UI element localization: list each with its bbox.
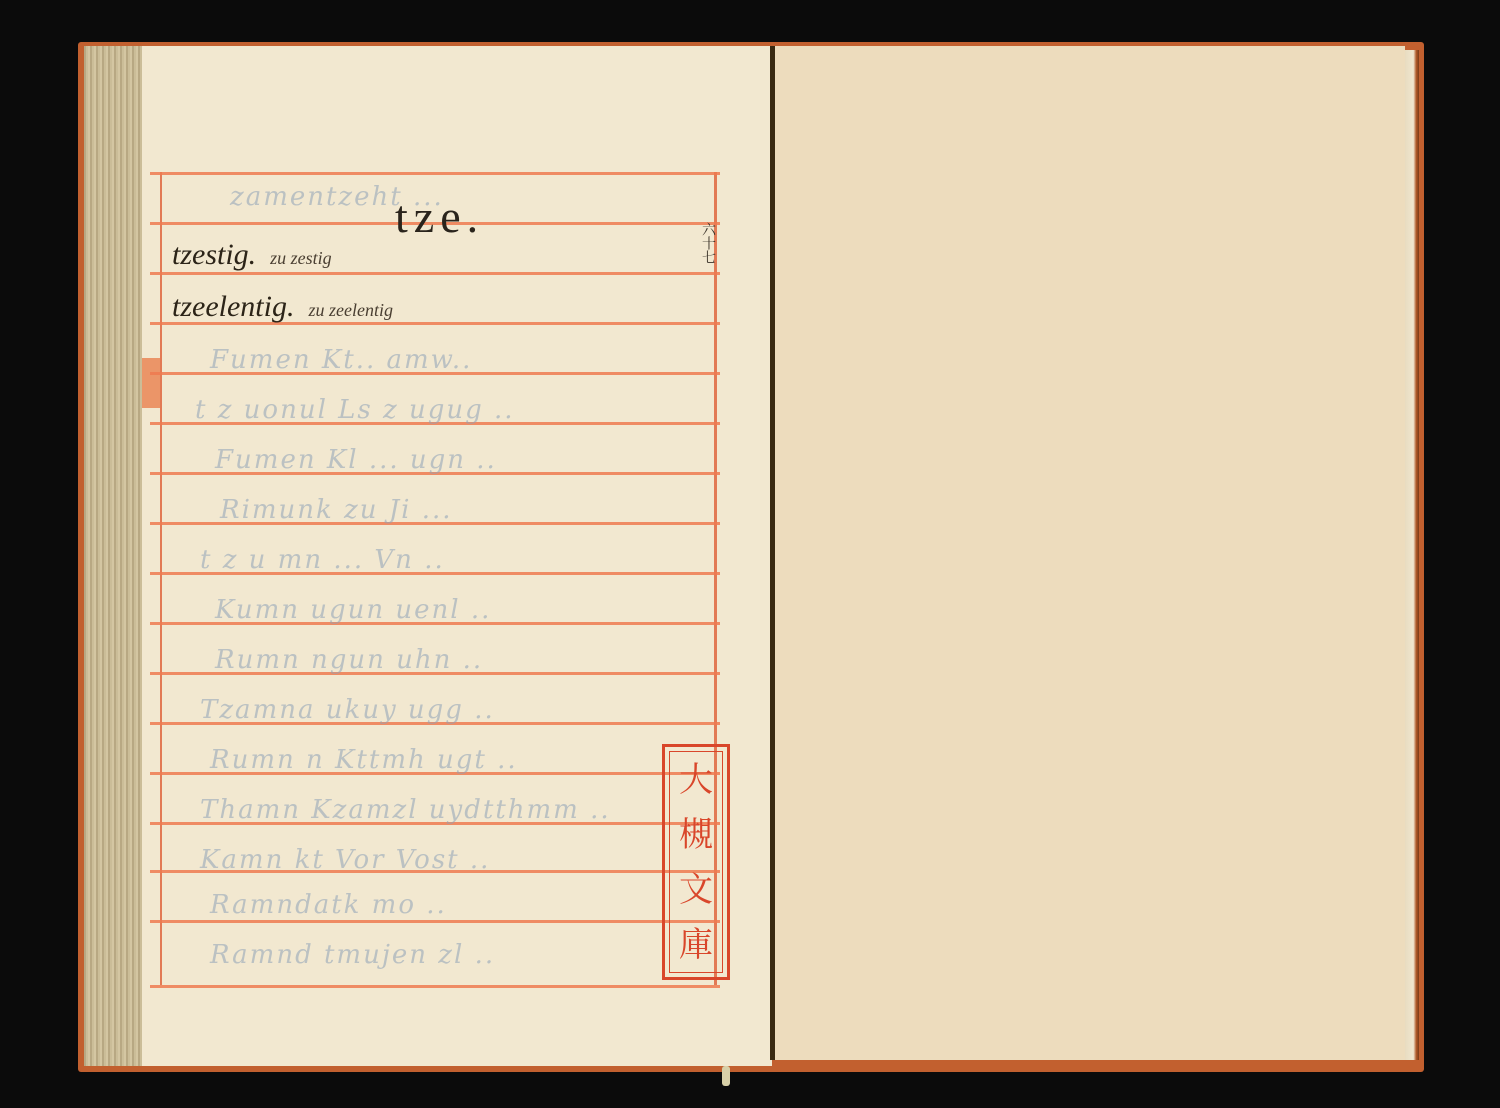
entry-gloss: zu zestig bbox=[270, 248, 332, 268]
seal-character: 庫 bbox=[679, 928, 713, 962]
bleed-through-text: Kamn kt Vor Vost .. bbox=[200, 845, 490, 875]
entry-gloss: zu zeelentig bbox=[308, 300, 392, 320]
bleed-through-text: Ramndatk mo .. bbox=[210, 890, 447, 920]
page-stack-edge bbox=[84, 46, 142, 1066]
entry-word: tzeelentig. bbox=[172, 290, 294, 323]
bleed-through-text: Rumn n Kttmh ugt .. bbox=[210, 745, 518, 775]
ruled-line bbox=[150, 272, 720, 275]
bookmark-string bbox=[722, 1066, 730, 1086]
seal-inner-border: 大 槻 文 庫 bbox=[669, 751, 723, 973]
bleed-through-text: t z u mn ... Vn .. bbox=[200, 545, 445, 575]
bleed-through-text: Rumn ngun uhn .. bbox=[215, 645, 483, 675]
bleed-through-text: Tzamna ukuy ugg .. bbox=[200, 695, 495, 725]
bleed-through-text: Fumen Kl ... ugn .. bbox=[215, 445, 497, 475]
seal-character: 文 bbox=[679, 873, 713, 907]
seal-character: 槻 bbox=[679, 818, 713, 852]
library-seal-stamp: 大 槻 文 庫 bbox=[662, 744, 730, 980]
page-number: 六十七 bbox=[700, 222, 716, 264]
right-page-blank bbox=[775, 46, 1405, 1060]
bleed-through-text: Kumn ugun uenl .. bbox=[215, 595, 491, 625]
right-cover-edge bbox=[1405, 50, 1419, 1060]
ruled-line bbox=[150, 920, 720, 923]
entry-word: tzestig. bbox=[172, 238, 256, 271]
ruled-line bbox=[150, 985, 720, 988]
bleed-through-text: Fumen Kt.. amw.. bbox=[210, 345, 472, 375]
bleed-through-text: Rimunk zu Ji ... bbox=[220, 495, 453, 525]
bleed-through-text: Ramnd tmujen zl .. bbox=[210, 940, 495, 970]
vocabulary-entry: tzestig.zu zestig bbox=[172, 238, 332, 272]
bleed-through-text: t z uonul Ls z ugug .. bbox=[195, 395, 515, 425]
seal-character: 大 bbox=[679, 763, 713, 797]
page-heading: tze. bbox=[395, 190, 484, 243]
vocabulary-entry: tzeelentig.zu zeelentig bbox=[172, 290, 393, 324]
red-ink-mark bbox=[142, 358, 160, 408]
ruled-line bbox=[150, 172, 720, 175]
bleed-through-text: Thamn Kzamzl uydtthmm .. bbox=[200, 795, 611, 825]
